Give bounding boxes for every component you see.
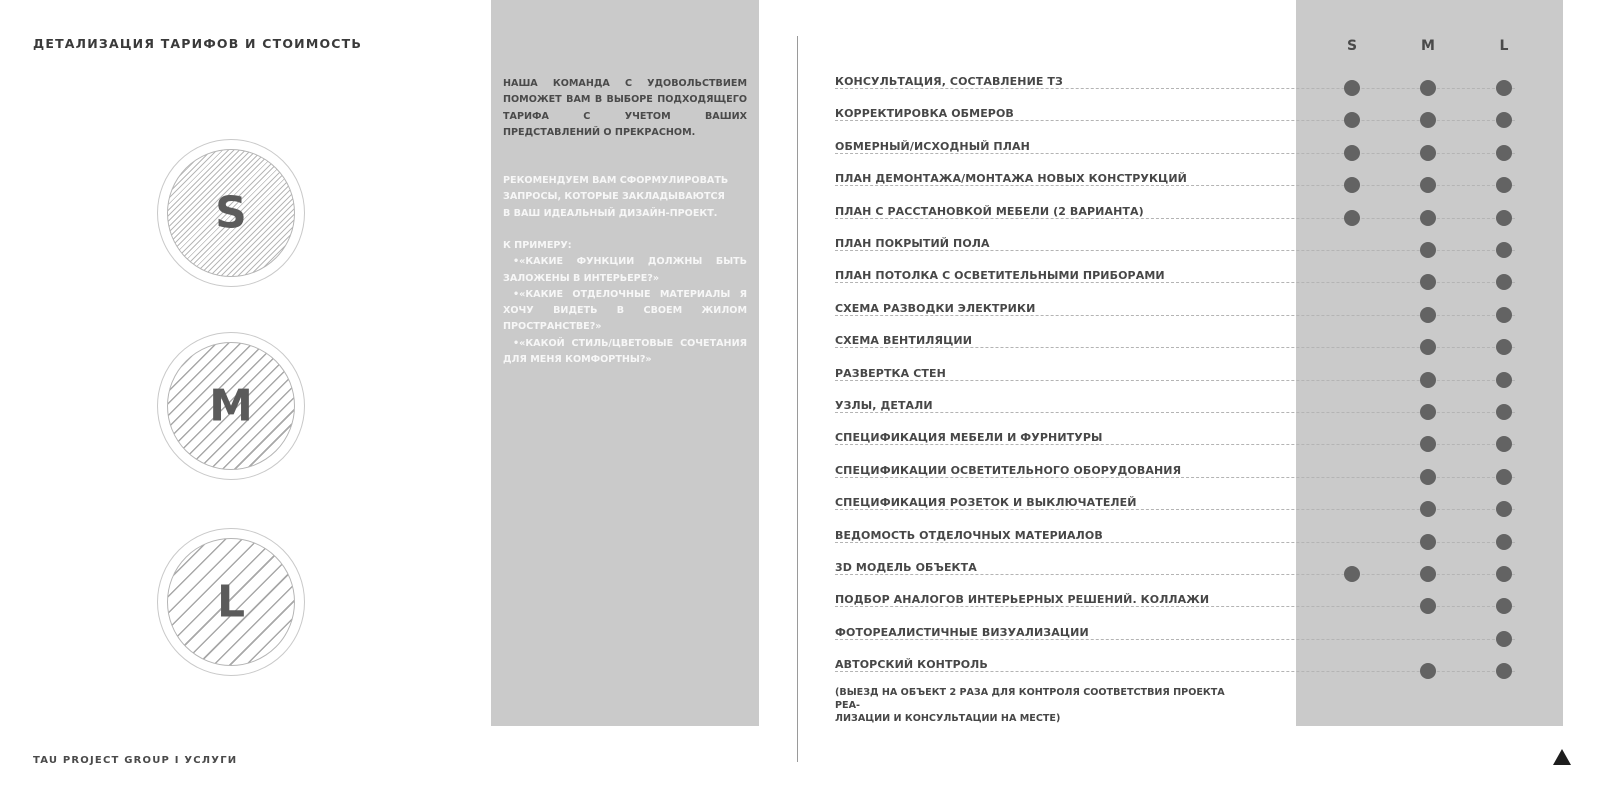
service-label: ПЛАН С РАССТАНОВКОЙ МЕБЕЛИ (2 ВАРИАНТА) — [835, 205, 1144, 218]
service-label: КОНСУЛЬТАЦИЯ, СОСТАВЛЕНИЕ ТЗ — [835, 75, 1063, 88]
dotted-leader — [835, 250, 1515, 251]
service-row: ПЛАН ПОКРЫТИЙ ПОЛА — [835, 234, 1515, 254]
included-dot-icon — [1496, 307, 1512, 323]
service-row: ПЛАН ДЕМОНТАЖА/МОНТАЖА НОВЫХ КОНСТРУКЦИЙ — [835, 169, 1515, 189]
service-row: СПЕЦИФИКАЦИЯ РОЗЕТОК И ВЫКЛЮЧАТЕЛЕЙ — [835, 493, 1515, 513]
included-dot-icon — [1496, 210, 1512, 226]
included-dot-icon — [1420, 145, 1436, 161]
service-row: КОНСУЛЬТАЦИЯ, СОСТАВЛЕНИЕ ТЗ — [835, 72, 1515, 92]
service-label: СХЕМА ВЕНТИЛЯЦИИ — [835, 334, 972, 347]
included-dot-icon — [1496, 242, 1512, 258]
service-label: ПЛАН ДЕМОНТАЖА/МОНТАЖА НОВЫХ КОНСТРУКЦИЙ — [835, 172, 1187, 185]
example-item: •«КАКОЙ СТИЛЬ/ЦВЕТОВЫЕ СОЧЕТАНИЯ ДЛЯ МЕН… — [503, 336, 747, 369]
dotted-leader — [835, 185, 1515, 186]
included-dot-icon — [1420, 307, 1436, 323]
service-row: ПЛАН С РАССТАНОВКОЙ МЕБЕЛИ (2 ВАРИАНТА) — [835, 202, 1515, 222]
included-dot-icon — [1420, 534, 1436, 550]
included-dot-icon — [1344, 80, 1360, 96]
service-label: ПОДБОР АНАЛОГОВ ИНТЕРЬЕРНЫХ РЕШЕНИЙ. КОЛ… — [835, 593, 1209, 606]
footer-label: TAU PROJECT GROUP I УСЛУГИ — [33, 755, 237, 766]
service-label: ВЕДОМОСТЬ ОТДЕЛОЧНЫХ МАТЕРИАЛОВ — [835, 529, 1103, 542]
service-row: ФОТОРЕАЛИСТИЧНЫЕ ВИЗУАЛИЗАЦИИ — [835, 623, 1515, 643]
dotted-leader — [835, 477, 1515, 478]
included-dot-icon — [1344, 145, 1360, 161]
vertical-divider — [797, 36, 798, 762]
triangle-up-icon[interactable] — [1553, 749, 1571, 765]
page-title: ДЕТАЛИЗАЦИЯ ТАРИФОВ И СТОИМОСТЬ — [33, 36, 362, 51]
dotted-leader — [835, 606, 1515, 607]
included-dot-icon — [1344, 566, 1360, 582]
example-item: •«КАКИЕ ОТДЕЛОЧНЫЕ МАТЕРИАЛЫ Я ХОЧУ ВИДЕ… — [503, 287, 747, 336]
included-dot-icon — [1420, 210, 1436, 226]
included-dot-icon — [1420, 469, 1436, 485]
example-item: •«КАКИЕ ФУНКЦИИ ДОЛЖНЫ БЫТЬ ЗАЛОЖЕНЫ В И… — [503, 254, 747, 287]
included-dot-icon — [1496, 145, 1512, 161]
recommend-text: РЕКОМЕНДУЕМ ВАМ СФОРМУЛИРОВАТЬ ЗАПРОСЫ, … — [503, 173, 747, 222]
column-header-m: M — [1408, 38, 1448, 54]
info-panel: НАША КОМАНДА С УДОВОЛЬСТВИЕМ ПОМОЖЕТ ВАМ… — [491, 0, 759, 726]
service-label: ПЛАН ПОТОЛКА С ОСВЕТИТЕЛЬНЫМИ ПРИБОРАМИ — [835, 269, 1165, 282]
dotted-leader — [835, 380, 1515, 381]
dotted-leader — [835, 153, 1515, 154]
included-dot-icon — [1496, 534, 1512, 550]
tariff-badge-l: L — [157, 528, 305, 676]
included-dot-icon — [1496, 404, 1512, 420]
included-dot-icon — [1344, 210, 1360, 226]
service-row: ВЕДОМОСТЬ ОТДЕЛОЧНЫХ МАТЕРИАЛОВ — [835, 526, 1515, 546]
service-label: КОРРЕКТИРОВКА ОБМЕРОВ — [835, 107, 1014, 120]
dotted-leader — [835, 542, 1515, 543]
recommend-line: ЗАПРОСЫ, КОТОРЫЕ ЗАКЛАДЫВАЮТСЯ — [503, 189, 747, 205]
service-row: ПЛАН ПОТОЛКА С ОСВЕТИТЕЛЬНЫМИ ПРИБОРАМИ — [835, 266, 1515, 286]
service-label: СПЕЦИФИКАЦИИ ОСВЕТИТЕЛЬНОГО ОБОРУДОВАНИЯ — [835, 464, 1181, 477]
tariff-letter: S — [158, 188, 304, 239]
service-row: СПЕЦИФИКАЦИИ ОСВЕТИТЕЛЬНОГО ОБОРУДОВАНИЯ — [835, 461, 1515, 481]
service-label: АВТОРСКИЙ КОНТРОЛЬ — [835, 658, 988, 671]
dotted-leader — [835, 347, 1515, 348]
recommend-line: РЕКОМЕНДУЕМ ВАМ СФОРМУЛИРОВАТЬ — [503, 173, 747, 189]
service-row: СХЕМА РАЗВОДКИ ЭЛЕКТРИКИ — [835, 299, 1515, 319]
service-label: ОБМЕРНЫЙ/ИСХОДНЫЙ ПЛАН — [835, 140, 1030, 153]
dotted-leader — [835, 671, 1515, 672]
service-row: РАЗВЕРТКА СТЕН — [835, 364, 1515, 384]
service-label: 3D МОДЕЛЬ ОБЪЕКТА — [835, 561, 977, 574]
service-label: СПЕЦИФИКАЦИЯ РОЗЕТОК И ВЫКЛЮЧАТЕЛЕЙ — [835, 496, 1137, 509]
supervision-note: (ВЫЕЗД НА ОБЪЕКТ 2 РАЗА ДЛЯ КОНТРОЛЯ СОО… — [835, 686, 1235, 725]
dotted-leader — [835, 412, 1515, 413]
included-dot-icon — [1420, 242, 1436, 258]
column-header-s: S — [1332, 38, 1372, 54]
service-label: СПЕЦИФИКАЦИЯ МЕБЕЛИ И ФУРНИТУРЫ — [835, 431, 1103, 444]
included-dot-icon — [1496, 631, 1512, 647]
included-dot-icon — [1496, 566, 1512, 582]
included-dot-icon — [1496, 372, 1512, 388]
dotted-leader — [835, 315, 1515, 316]
included-dot-icon — [1496, 80, 1512, 96]
service-label: СХЕМА РАЗВОДКИ ЭЛЕКТРИКИ — [835, 302, 1035, 315]
included-dot-icon — [1496, 469, 1512, 485]
service-row: ОБМЕРНЫЙ/ИСХОДНЫЙ ПЛАН — [835, 137, 1515, 157]
intro-text: НАША КОМАНДА С УДОВОЛЬСТВИЕМ ПОМОЖЕТ ВАМ… — [503, 76, 747, 141]
service-row: ПОДБОР АНАЛОГОВ ИНТЕРЬЕРНЫХ РЕШЕНИЙ. КОЛ… — [835, 590, 1515, 610]
service-row: КОРРЕКТИРОВКА ОБМЕРОВ — [835, 104, 1515, 124]
service-label: УЗЛЫ, ДЕТАЛИ — [835, 399, 933, 412]
service-row: АВТОРСКИЙ КОНТРОЛЬ — [835, 655, 1515, 675]
dotted-leader — [835, 282, 1515, 283]
examples-heading: К ПРИМЕРУ: — [503, 238, 747, 254]
tariff-letter: L — [158, 577, 304, 628]
tariff-badge-s: S — [157, 139, 305, 287]
service-row: СПЕЦИФИКАЦИЯ МЕБЕЛИ И ФУРНИТУРЫ — [835, 428, 1515, 448]
included-dot-icon — [1420, 566, 1436, 582]
dotted-leader — [835, 639, 1515, 640]
dotted-leader — [835, 218, 1515, 219]
dotted-leader — [835, 88, 1515, 89]
dotted-leader — [835, 509, 1515, 510]
tariff-badge-m: M — [157, 332, 305, 480]
dotted-leader — [835, 120, 1515, 121]
dotted-leader — [835, 444, 1515, 445]
service-row: УЗЛЫ, ДЕТАЛИ — [835, 396, 1515, 416]
recommend-line: В ВАШ ИДЕАЛЬНЫЙ ДИЗАЙН-ПРОЕКТ. — [503, 206, 747, 222]
service-label: ФОТОРЕАЛИСТИЧНЫЕ ВИЗУАЛИЗАЦИИ — [835, 626, 1089, 639]
service-row: СХЕМА ВЕНТИЛЯЦИИ — [835, 331, 1515, 351]
examples-block: К ПРИМЕРУ: •«КАКИЕ ФУНКЦИИ ДОЛЖНЫ БЫТЬ З… — [503, 238, 747, 368]
service-label: РАЗВЕРТКА СТЕН — [835, 367, 946, 380]
tariff-letter: M — [158, 381, 304, 432]
included-dot-icon — [1420, 404, 1436, 420]
included-dot-icon — [1420, 80, 1436, 96]
column-header-l: L — [1484, 38, 1524, 54]
included-dot-icon — [1420, 372, 1436, 388]
service-row: 3D МОДЕЛЬ ОБЪЕКТА — [835, 558, 1515, 578]
service-label: ПЛАН ПОКРЫТИЙ ПОЛА — [835, 237, 990, 250]
dotted-leader — [835, 574, 1515, 575]
